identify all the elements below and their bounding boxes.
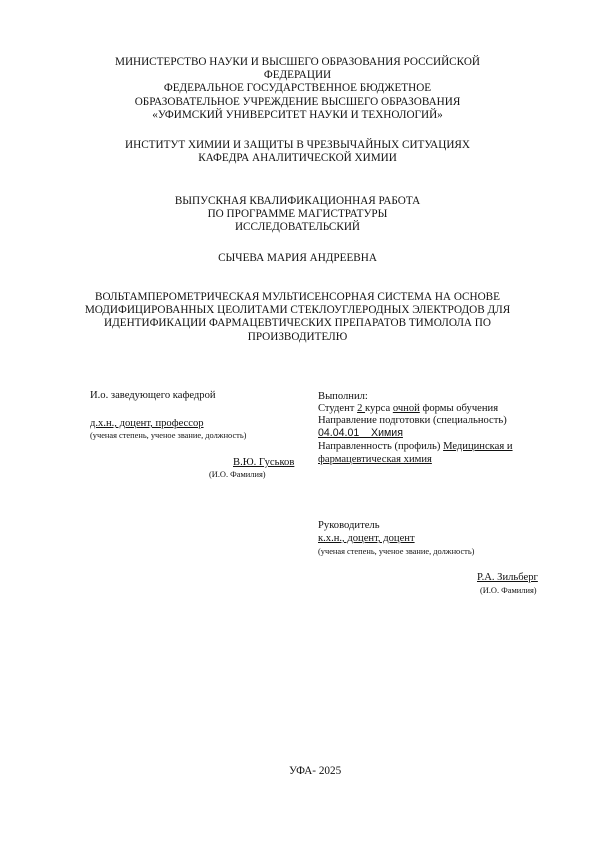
institution-line-3: «УФИМСКИЙ УНИВЕРСИТЕТ НАУКИ И ТЕХНОЛОГИЙ… bbox=[60, 109, 535, 122]
institute-name: ИНСТИТУТ ХИМИИ И ЗАЩИТЫ В ЧРЕЗВЫЧАЙНЫХ С… bbox=[60, 139, 535, 152]
supervisor-degree-caption: (ученая степень, ученое звание, должност… bbox=[318, 547, 474, 556]
thesis-title-line-3: ИДЕНТИФИКАЦИИ ФАРМАЦЕВТИЧЕСКИХ ПРЕПАРАТО… bbox=[40, 317, 555, 330]
title-page: МИНИСТЕРСТВО НАУКИ И ВЫСШЕГО ОБРАЗОВАНИЯ… bbox=[0, 0, 595, 841]
author-name: СЫЧЕВА МАРИЯ АНДРЕЕВНА bbox=[60, 252, 535, 265]
profile-label: Направленность (профиль) bbox=[318, 441, 443, 452]
chair-name: КАФЕДРА АНАЛИТИЧЕСКОЙ ХИМИИ bbox=[60, 152, 535, 165]
supervisor-role: Руководитель bbox=[318, 520, 380, 531]
work-type-line-1: ВЫПУСКНАЯ КВАЛИФИКАЦИОННАЯ РАБОТА bbox=[60, 195, 535, 208]
thesis-title-line-2: МОДИФИЦИРОВАННЫХ ЦЕОЛИТАМИ СТЕКЛОУГЛЕРОД… bbox=[40, 304, 555, 317]
thesis-title-line-4: ПРОИЗВОДИТЕЛЮ bbox=[40, 331, 555, 344]
course-number: 2 bbox=[357, 403, 365, 414]
profile-line: Направленность (профиль) Медицинская и bbox=[318, 441, 513, 452]
work-type-line-2: ПО ПРОГРАММЕ МАГИСТРАТУРЫ bbox=[60, 208, 535, 221]
ministry-line-1: МИНИСТЕРСТВО НАУКИ И ВЫСШЕГО ОБРАЗОВАНИЯ… bbox=[60, 56, 535, 69]
head-name: В.Ю. Гуськов bbox=[233, 457, 294, 468]
author-name-text: СЫЧЕВА МАРИЯ АНДРЕЕВНА bbox=[60, 252, 535, 265]
head-name-caption: (И.О. Фамилия) bbox=[209, 470, 266, 479]
thesis-title-line-1: ВОЛЬТАМПЕРОМЕТРИЧЕСКАЯ МУЛЬТИСЕНСОРНАЯ С… bbox=[40, 291, 555, 304]
work-type: ВЫПУСКНАЯ КВАЛИФИКАЦИОННАЯ РАБОТА ПО ПРО… bbox=[60, 195, 535, 235]
supervisor-name-caption: (И.О. Фамилия) bbox=[480, 586, 537, 595]
head-degree-caption: (ученая степень, ученое звание, должност… bbox=[90, 431, 246, 440]
head-degree: д.х.н., доцент, профессор bbox=[90, 418, 204, 429]
work-type-line-3: ИССЛЕДОВАТЕЛЬСКИЙ bbox=[60, 221, 535, 234]
profile-value-2: фармацевтическая химия bbox=[318, 454, 432, 465]
thesis-title: ВОЛЬТАМПЕРОМЕТРИЧЕСКАЯ МУЛЬТИСЕНСОРНАЯ С… bbox=[40, 291, 555, 344]
study-form: очной bbox=[393, 403, 420, 414]
head-role: И.о. заведующего кафедрой bbox=[90, 390, 216, 401]
ministry-header: МИНИСТЕРСТВО НАУКИ И ВЫСШЕГО ОБРАЗОВАНИЯ… bbox=[60, 56, 535, 122]
department-header: ИНСТИТУТ ХИМИИ И ЗАЩИТЫ В ЧРЕЗВЫЧАЙНЫХ С… bbox=[60, 139, 535, 165]
supervisor-name: Р.А. Зильберг bbox=[477, 572, 538, 583]
institution-line-1: ФЕДЕРАЛЬНОЕ ГОСУДАРСТВЕННОЕ БЮДЖЕТНОЕ bbox=[60, 82, 535, 95]
course-mid: курса bbox=[365, 403, 393, 414]
direction-code: 04.04.01 Химия bbox=[318, 427, 403, 439]
profile-value-1: Медицинская и bbox=[443, 441, 513, 452]
direction-label: Направление подготовки (специальность) bbox=[318, 415, 507, 426]
performer-label: Выполнил: bbox=[318, 391, 368, 402]
student-line: Студент 2 курса очной формы обучения bbox=[318, 403, 498, 414]
supervisor-degree: к.х.н., доцент, доцент bbox=[318, 533, 415, 544]
study-suffix: формы обучения bbox=[420, 403, 498, 414]
ministry-line-2: ФЕДЕРАЦИИ bbox=[60, 69, 535, 82]
city-year: УФА- 2025 bbox=[289, 765, 341, 777]
student-prefix: Студент bbox=[318, 403, 357, 414]
institution-line-2: ОБРАЗОВАТЕЛЬНОЕ УЧРЕЖДЕНИЕ ВЫСШЕГО ОБРАЗ… bbox=[60, 96, 535, 109]
